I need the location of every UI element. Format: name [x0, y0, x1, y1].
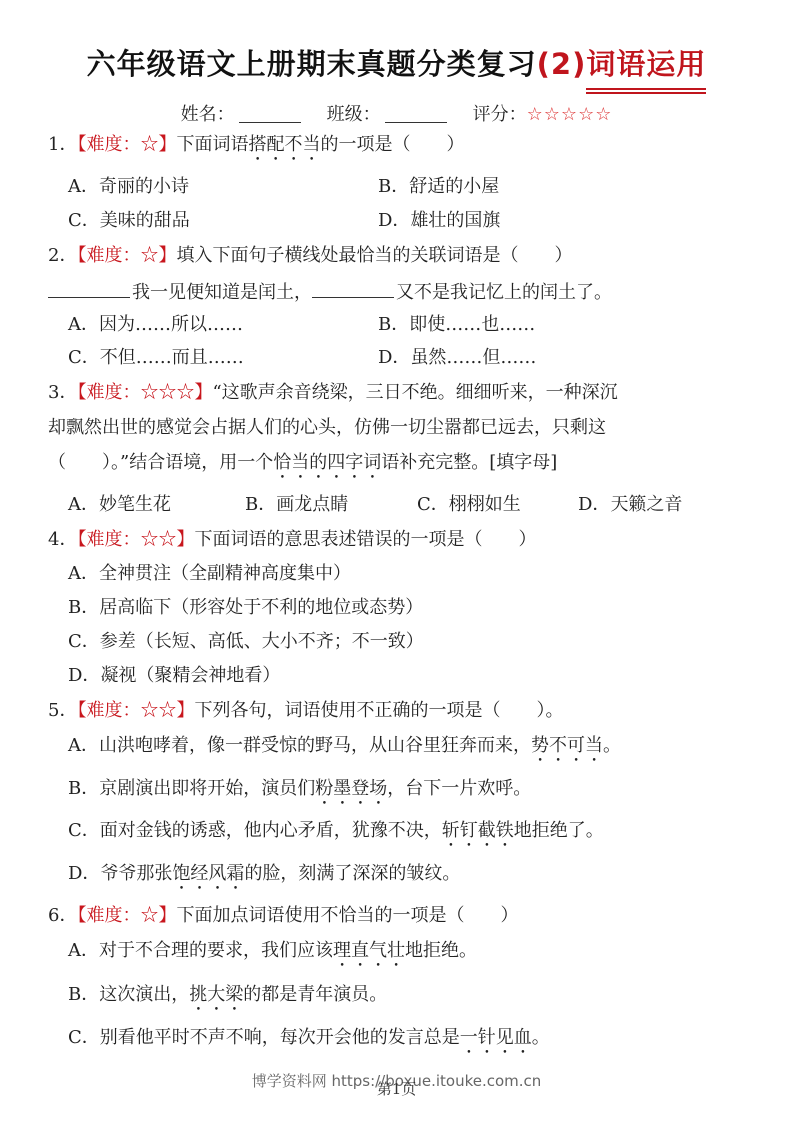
stem-text: （ ）。”结合语境，用一个 — [48, 452, 273, 473]
emphasized-text: 搭配不当 — [248, 134, 320, 155]
question-3: 3．【难度：☆☆☆】“这歌声余音绕梁，三日不绝。细细听来，一种深沉 — [48, 382, 618, 404]
option-6a[interactable]: A．对于不合理的要求，我们应该理直气壮地拒绝。 — [68, 940, 477, 971]
stem-text: 语补充完整。[填字母] — [381, 452, 557, 473]
option-5a[interactable]: A．山洪咆哮着，像一群受惊的野马，从山谷里狂奔而来，势不可当。 — [68, 735, 621, 766]
option-2d[interactable]: D．虽然……但…… — [378, 347, 536, 369]
option-4a[interactable]: A．全神贯注（全副精神高度集中） — [68, 563, 351, 585]
difficulty-badge: 【难度：☆☆】 — [77, 700, 194, 721]
option-3d[interactable]: D．天籁之音 — [578, 494, 682, 516]
difficulty-badge: 【难度：☆☆】 — [77, 529, 194, 550]
stem-text: 填入下面句子横线处最恰当的关联词语是（ ） — [176, 245, 572, 266]
emphasized-text: 恰当的四字词 — [273, 452, 381, 473]
question-number: 1． — [48, 134, 77, 155]
stem-text: “这歌声余音绕梁，三日不绝。细细听来，一种深沉 — [212, 382, 617, 403]
stem-text: 的一项是（ ） — [320, 134, 464, 155]
difficulty-badge: 【难度：☆】 — [77, 245, 176, 266]
option-3b[interactable]: B．画龙点睛 — [245, 494, 348, 516]
score-stars-icon: ☆☆☆☆☆ — [527, 104, 613, 125]
question-6: 6．【难度：☆】下面加点词语使用不恰当的一项是（ ） — [48, 905, 518, 927]
option-1c[interactable]: C．美味的甜品 — [68, 210, 190, 232]
option-4d[interactable]: D．凝视（聚精会神地看） — [68, 665, 280, 687]
option-1b[interactable]: B．舒适的小屋 — [378, 176, 499, 198]
stem-text: 下面加点词语使用不恰当的一项是（ ） — [176, 905, 518, 926]
option-6c[interactable]: C．别看他平时不声不响，每次开会他的发言总是一针见血。 — [68, 1027, 550, 1058]
difficulty-badge: 【难度：☆】 — [77, 134, 176, 155]
stem-text: 下面词语 — [176, 134, 248, 155]
name-label: 姓名： — [181, 104, 235, 125]
class-blank[interactable] — [385, 104, 447, 123]
option-2b[interactable]: B．即使……也…… — [378, 314, 535, 336]
score-label: 评分： — [473, 104, 527, 125]
question-number: 3． — [48, 382, 77, 403]
option-5d[interactable]: D．爷爷那张饱经风霜的脸，刻满了深深的皱纹。 — [68, 863, 460, 894]
question-number: 6． — [48, 905, 77, 926]
question-5: 5．【难度：☆☆】下列各句，词语使用不正确的一项是（ ）。 — [48, 700, 563, 722]
class-label: 班级： — [327, 104, 381, 125]
question-3-line3: （ ）。”结合语境，用一个恰当的四字词语补充完整。[填字母] — [48, 452, 557, 483]
question-number: 4． — [48, 529, 77, 550]
stem-text: 下列各句，词语使用不正确的一项是（ ）。 — [194, 700, 563, 721]
option-5c[interactable]: C．面对金钱的诱惑，他内心矛盾，犹豫不决，斩钉截铁地拒绝了。 — [68, 820, 604, 851]
option-5b[interactable]: B．京剧演出即将开始，演员们粉墨登场，台下一片欢呼。 — [68, 778, 531, 809]
question-2-sentence: 我一见便知道是闰土，又不是我记忆上的闰土了。 — [48, 281, 612, 304]
fill-blank[interactable] — [312, 281, 394, 298]
page-title: 六年级语文上册期末真题分类复习(2)词语运用 — [0, 42, 793, 83]
stem-text: 下面词语的意思表述错误的一项是（ ） — [194, 529, 536, 550]
option-1d[interactable]: D．雄壮的国旗 — [378, 210, 500, 232]
title-subtitle: 词语运用 — [586, 42, 706, 83]
difficulty-badge: 【难度：☆☆☆】 — [77, 382, 212, 403]
sentence-text: 又不是我记忆上的闰土了。 — [396, 282, 612, 303]
question-4: 4．【难度：☆☆】下面词语的意思表述错误的一项是（ ） — [48, 529, 536, 551]
title-number: (2) — [537, 47, 587, 81]
option-2a[interactable]: A．因为……所以…… — [68, 314, 243, 336]
question-number: 5． — [48, 700, 77, 721]
question-number: 2． — [48, 245, 77, 266]
option-4c[interactable]: C．参差（长短、高低、大小不齐；不一致） — [68, 631, 424, 653]
question-1: 1．【难度：☆】下面词语搭配不当的一项是（ ） — [48, 134, 464, 165]
option-1a[interactable]: A．奇丽的小诗 — [68, 176, 189, 198]
option-3a[interactable]: A．妙笔生花 — [68, 494, 171, 516]
option-2c[interactable]: C．不但……而且…… — [68, 347, 244, 369]
title-main: 六年级语文上册期末真题分类复习 — [87, 47, 537, 81]
page-number: 第1页 — [0, 1078, 793, 1099]
difficulty-badge: 【难度：☆】 — [77, 905, 176, 926]
option-3c[interactable]: C．栩栩如生 — [417, 494, 521, 516]
name-blank[interactable] — [239, 104, 301, 123]
sentence-text: 我一见便知道是闰土， — [132, 282, 312, 303]
option-6b[interactable]: B．这次演出，挑大梁的都是青年演员。 — [68, 984, 387, 1015]
question-3-line2: 却飘然出世的感觉会占据人们的心头，仿佛一切尘嚣都已远去，只剩这 — [48, 417, 606, 439]
fill-blank[interactable] — [48, 281, 130, 298]
option-4b[interactable]: B．居高临下（形容处于不利的地位或态势） — [68, 597, 423, 619]
question-2: 2．【难度：☆】填入下面句子横线处最恰当的关联词语是（ ） — [48, 245, 572, 267]
student-info-row: 姓名：班级：评分：☆☆☆☆☆ — [0, 100, 793, 126]
